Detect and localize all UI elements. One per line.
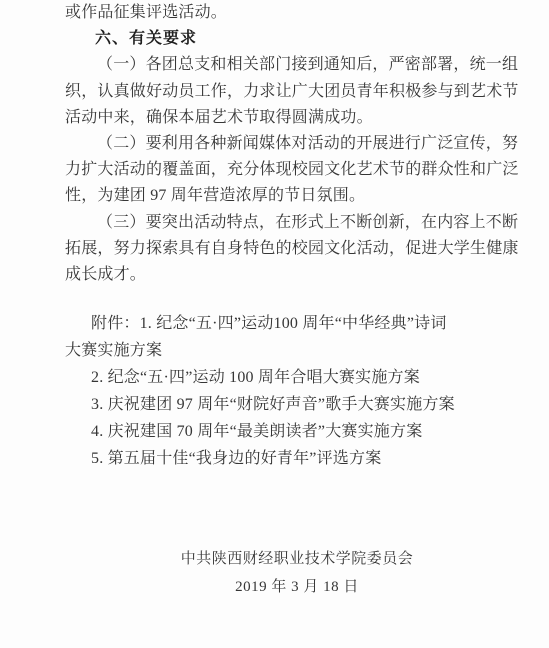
- requirement-2-line-1: （二）要利用各种新闻媒体对活动的开展进行广泛宣传，努: [65, 131, 525, 157]
- attachment-1-line-2: 大赛实施方案: [65, 337, 525, 364]
- requirement-1-line-1: （一）各团总支和相关部门接到通知后，严密部署，统一组: [65, 52, 525, 78]
- section-heading-requirements: 六、有关要求: [65, 26, 525, 52]
- issuing-authority: 中共陕西财经职业技术学院委员会: [62, 546, 532, 574]
- requirement-1-line-3: 活动中来，确保本届艺术节取得圆满成功。: [65, 105, 525, 131]
- attachments-list: 附件：1. 纪念“五·四”运动100 周年“中华经典”诗词 大赛实施方案 2. …: [65, 310, 525, 472]
- intro-continuation-line: 或作品征集评选活动。: [65, 0, 525, 26]
- requirement-2-line-2: 力扩大活动的覆盖面，充分体现校园文化艺术节的群众性和广泛: [65, 157, 525, 183]
- requirement-3-line-2: 拓展，努力探索具有自身特色的校园文化活动，促进大学生健康: [65, 236, 525, 262]
- attachment-5: 5. 第五届十佳“我身边的好青年”评选方案: [65, 445, 525, 472]
- attachment-1-line-1: 附件：1. 纪念“五·四”运动100 周年“中华经典”诗词: [65, 310, 525, 337]
- document-page: 或作品征集评选活动。 六、有关要求 （一）各团总支和相关部门接到通知后，严密部署…: [0, 0, 549, 648]
- requirement-3-line-3: 成长成才。: [65, 262, 525, 288]
- attachment-2: 2. 纪念“五·四”运动 100 周年合唱大赛实施方案: [65, 364, 525, 391]
- requirement-1-line-2: 织，认真做好动员工作，力求让广大团员青年积极参与到艺术节: [65, 79, 525, 105]
- document-body: 或作品征集评选活动。 六、有关要求 （一）各团总支和相关部门接到通知后，严密部署…: [65, 0, 525, 288]
- requirement-2-line-3: 性，为建团 97 周年营造浓厚的节日氛围。: [65, 183, 525, 209]
- attachment-4: 4. 庆祝建国 70 周年“最美朗读者”大赛实施方案: [65, 418, 525, 445]
- requirement-3-line-1: （三）要突出活动特点，在形式上不断创新，在内容上不断: [65, 210, 525, 236]
- attachment-3: 3. 庆祝建团 97 周年“财院好声音”歌手大赛实施方案: [65, 391, 525, 418]
- issue-date: 2019 年 3 月 18 日: [62, 574, 532, 602]
- signature-block: 中共陕西财经职业技术学院委员会 2019 年 3 月 18 日: [62, 546, 532, 601]
